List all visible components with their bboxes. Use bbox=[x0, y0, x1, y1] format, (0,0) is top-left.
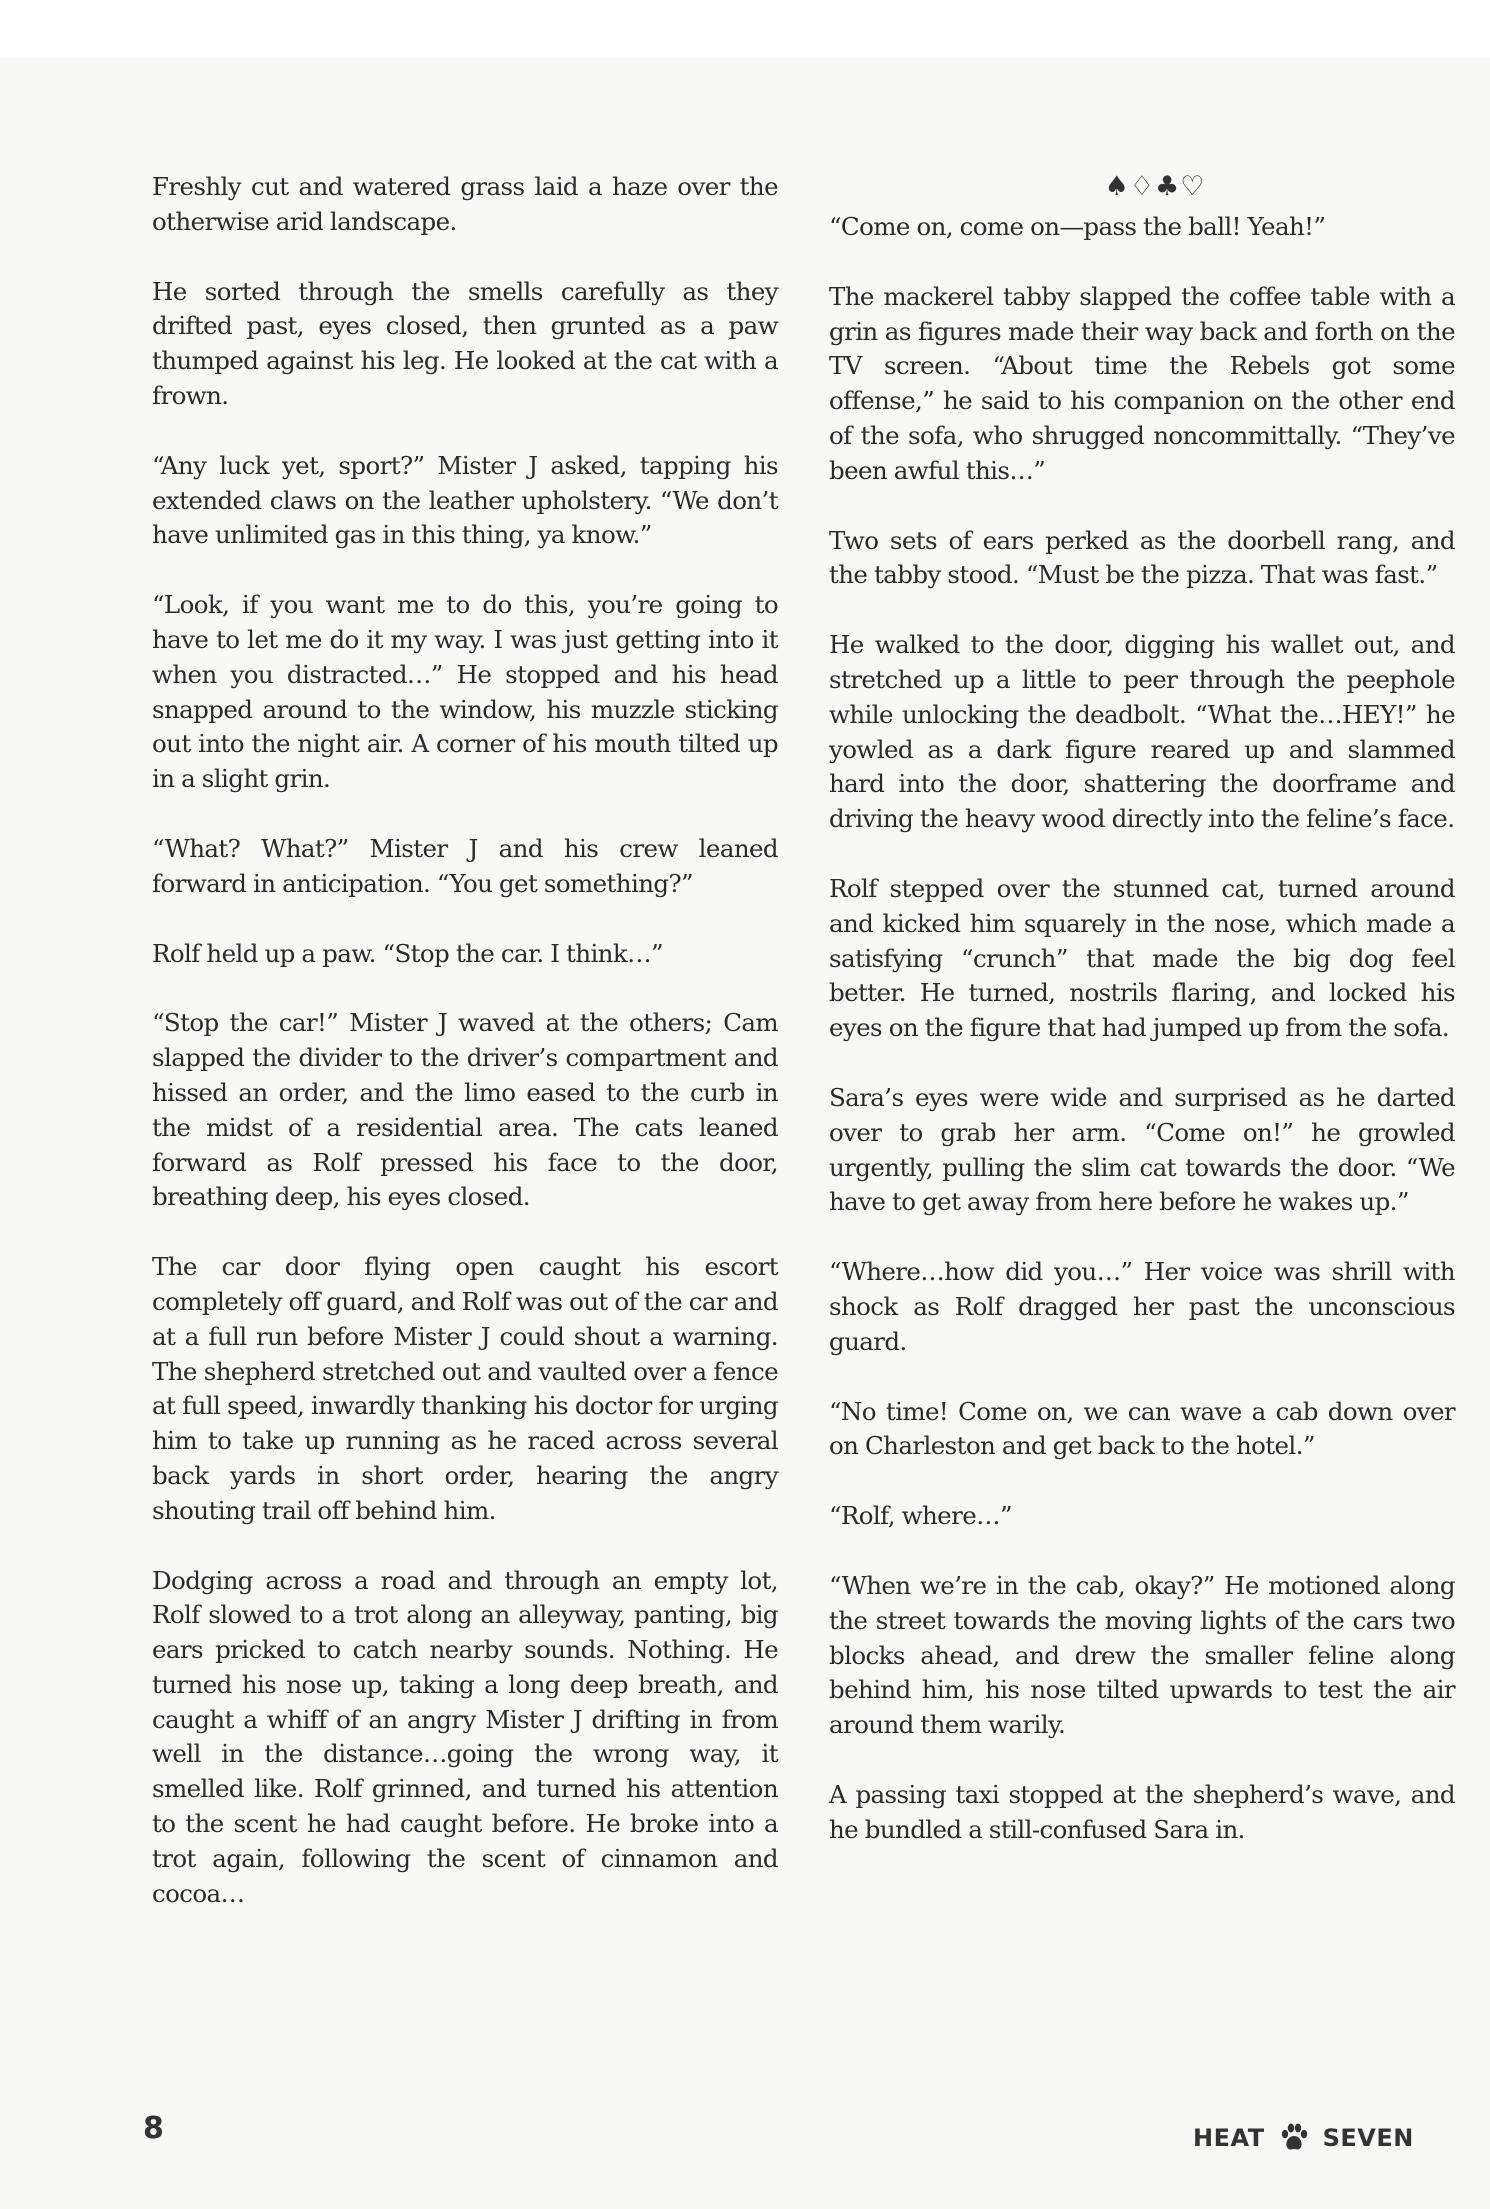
paragraph: “Come on, come on—pass the ball! Yeah!” bbox=[829, 210, 1455, 245]
footer-title-left: HEAT bbox=[1193, 2124, 1265, 2152]
paragraph: The car door flying open caught his esco… bbox=[152, 1250, 778, 1528]
paragraph: He walked to the door, digging his walle… bbox=[829, 628, 1455, 837]
paragraph: Freshly cut and watered grass laid a haz… bbox=[152, 170, 778, 240]
right-text-column: ♠♢♣♡ “Come on, come on—pass the ball! Ye… bbox=[829, 170, 1455, 1882]
book-page: Freshly cut and watered grass laid a haz… bbox=[0, 58, 1490, 2209]
paragraph: “What? What?” Mister J and his crew lean… bbox=[152, 832, 778, 902]
card-suits-section-break-icon: ♠♢♣♡ bbox=[829, 170, 1455, 210]
paragraph: Two sets of ears perked as the doorbell … bbox=[829, 524, 1455, 594]
page-number: 8 bbox=[143, 2111, 164, 2146]
paragraph: “No time! Come on, we can wave a cab dow… bbox=[829, 1395, 1455, 1465]
running-footer: HEAT SEVEN bbox=[1193, 2121, 1414, 2155]
paragraph: “Where…how did you…” Her voice was shril… bbox=[829, 1255, 1455, 1359]
paragraph: The mackerel tabby slapped the coffee ta… bbox=[829, 280, 1455, 489]
paragraph: “When we’re in the cab, okay?” He motion… bbox=[829, 1569, 1455, 1743]
paragraph: Rolf stepped over the stunned cat, turne… bbox=[829, 872, 1455, 1046]
paragraph: “Any luck yet, sport?” Mister J asked, t… bbox=[152, 449, 778, 553]
paragraph: “Stop the car!” Mister J waved at the ot… bbox=[152, 1006, 778, 1215]
paragraph: A passing taxi stopped at the shepherd’s… bbox=[829, 1778, 1455, 1848]
paragraph: “Look, if you want me to do this, you’re… bbox=[152, 588, 778, 797]
paragraph: Rolf held up a paw. “Stop the car. I thi… bbox=[152, 937, 778, 972]
footer-title-right: SEVEN bbox=[1323, 2124, 1414, 2152]
left-text-column: Freshly cut and watered grass laid a haz… bbox=[152, 170, 778, 1946]
paw-print-icon bbox=[1277, 2121, 1311, 2155]
paragraph: Sara’s eyes were wide and surprised as h… bbox=[829, 1081, 1455, 1220]
paragraph: He sorted through the smells carefully a… bbox=[152, 275, 778, 414]
paragraph: “Rolf, where…” bbox=[829, 1499, 1455, 1534]
paragraph: Dodging across a road and through an emp… bbox=[152, 1564, 778, 1912]
